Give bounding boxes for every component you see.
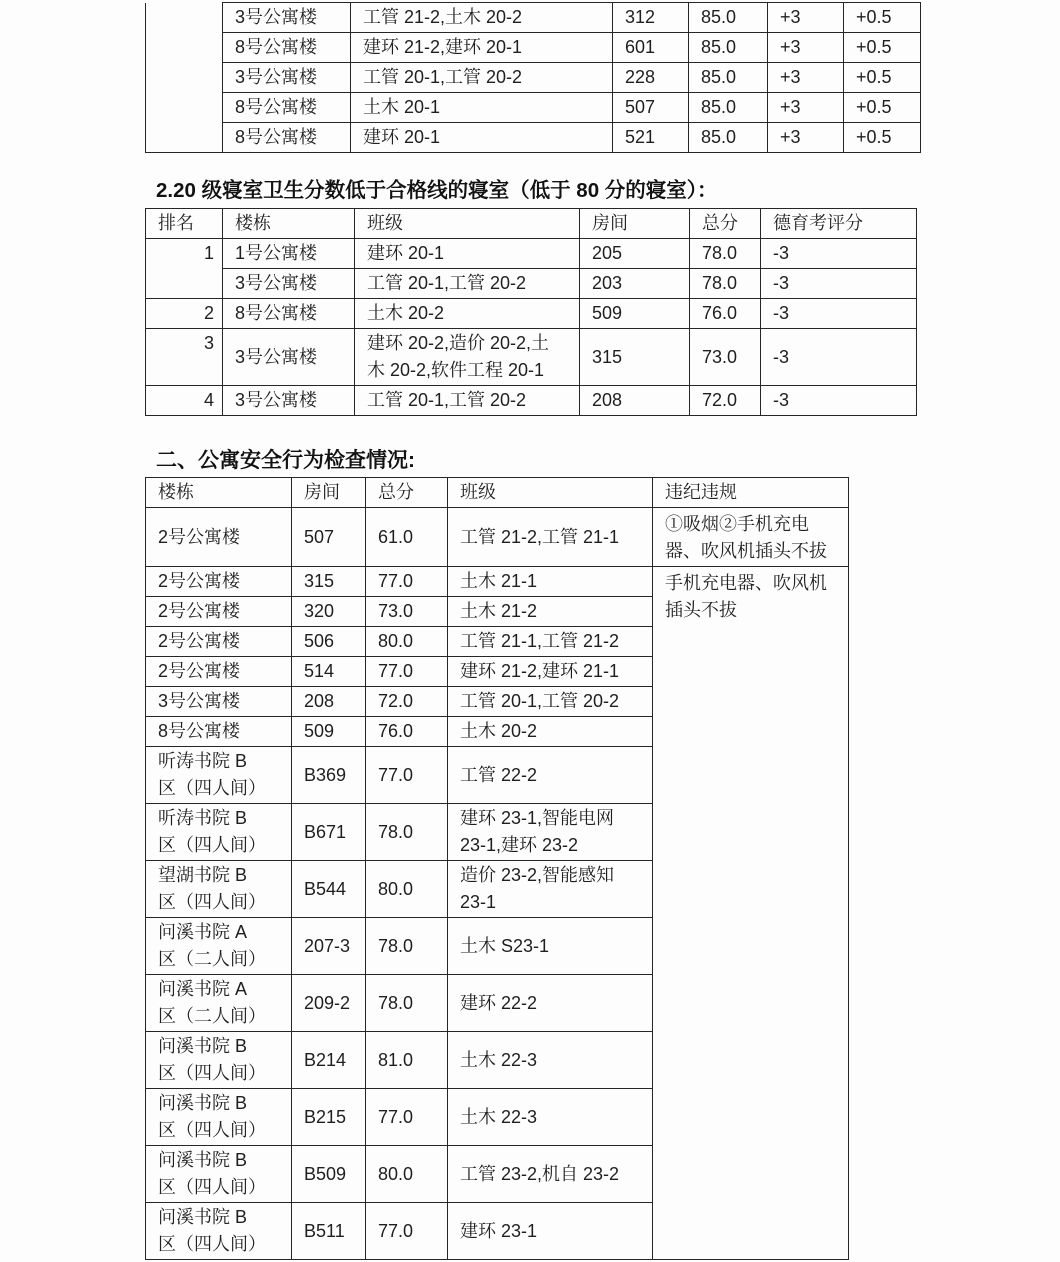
- table2-row: 33号公寓楼建环 20-2,造价 20-2,土 木 20-2,软件工程 20-1…: [146, 329, 917, 386]
- cell-building: 3号公寓楼: [223, 329, 355, 386]
- table1-row: 3号公寓楼工管 21-2,土木 20-231285.0+3+0.5: [146, 3, 921, 33]
- safety-inspection-table: 楼栋 房间 总分 班级 违纪违规 2号公寓楼50761.0工管 21-2,工管 …: [145, 477, 849, 1260]
- cell-building: 问溪书院 B 区（四人间）: [146, 1203, 292, 1260]
- cell-room: 506: [292, 627, 366, 657]
- cell-building: 3号公寓楼: [146, 687, 292, 717]
- cell-deyu: -3: [761, 239, 917, 269]
- cell-building: 1号公寓楼: [223, 239, 355, 269]
- cell-building: 2号公寓楼: [146, 597, 292, 627]
- cell-classes: 工管 23-2,机自 23-2: [448, 1146, 653, 1203]
- cell-classes: 土木 22-3: [448, 1032, 653, 1089]
- cell-classes: 工管 20-1,工管 20-2: [355, 386, 580, 416]
- cell-score: 78.0: [366, 804, 448, 861]
- cell-room: B369: [292, 747, 366, 804]
- cell-score: 76.0: [366, 717, 448, 747]
- cell-room: 509: [292, 717, 366, 747]
- cell-score: 77.0: [366, 1089, 448, 1146]
- cell-room: 208: [292, 687, 366, 717]
- cell-score: 77.0: [366, 747, 448, 804]
- cell-room: 521: [613, 123, 689, 153]
- cell-building: 问溪书院 B 区（四人间）: [146, 1032, 292, 1089]
- table1-row: 8号公寓楼土木 20-150785.0+3+0.5: [146, 93, 921, 123]
- cell-room: 205: [580, 239, 690, 269]
- cell-room: B511: [292, 1203, 366, 1260]
- cell-score: 77.0: [366, 657, 448, 687]
- cell-deyu: +3: [768, 33, 844, 63]
- cell-deyu: +3: [768, 93, 844, 123]
- hygiene-bonus-table: 3号公寓楼工管 21-2,土木 20-231285.0+3+0.58号公寓楼建环…: [145, 2, 921, 153]
- header-classes: 班级: [355, 209, 580, 239]
- cell-score: 72.0: [366, 687, 448, 717]
- cell-classes: 土木 20-2: [355, 299, 580, 329]
- cell-classes: 建环 23-1: [448, 1203, 653, 1260]
- cell-room: 208: [580, 386, 690, 416]
- cell-score: 81.0: [366, 1032, 448, 1089]
- cell-deyu: +3: [768, 123, 844, 153]
- cell-score: 77.0: [366, 567, 448, 597]
- table1-row: 8号公寓楼建环 20-152185.0+3+0.5: [146, 123, 921, 153]
- cell-room: B215: [292, 1089, 366, 1146]
- cell-room: 509: [580, 299, 690, 329]
- cell-building: 望湖书院 B 区（四人间）: [146, 861, 292, 918]
- cell-room: 507: [292, 508, 366, 567]
- cell-rank: [146, 3, 223, 153]
- header-room: 房间: [292, 478, 366, 508]
- cell-building: 听涛书院 B 区（四人间）: [146, 804, 292, 861]
- cell-bonus: +0.5: [844, 123, 921, 153]
- cell-building: 2号公寓楼: [146, 508, 292, 567]
- cell-classes: 工管 20-1,工管 20-2: [448, 687, 653, 717]
- cell-building: 问溪书院 A 区（二人间）: [146, 975, 292, 1032]
- cell-classes: 土木 21-2: [448, 597, 653, 627]
- cell-room: 209-2: [292, 975, 366, 1032]
- cell-room: 315: [580, 329, 690, 386]
- cell-classes: 土木 20-2: [448, 717, 653, 747]
- cell-classes: 工管 21-2,工管 21-1: [448, 508, 653, 567]
- cell-classes: 建环 20-1: [355, 239, 580, 269]
- cell-building: 3号公寓楼: [223, 3, 351, 33]
- table1-row: 8号公寓楼建环 21-2,建环 20-160185.0+3+0.5: [146, 33, 921, 63]
- cell-building: 8号公寓楼: [223, 299, 355, 329]
- cell-deyu: +3: [768, 3, 844, 33]
- cell-classes: 建环 23-1,智能电网 23-1,建环 23-2: [448, 804, 653, 861]
- cell-room: 507: [613, 93, 689, 123]
- cell-classes: 工管 21-2,土木 20-2: [351, 3, 613, 33]
- cell-deyu: -3: [761, 329, 917, 386]
- cell-score: 85.0: [689, 93, 768, 123]
- header-room: 房间: [580, 209, 690, 239]
- cell-building: 问溪书院 B 区（四人间）: [146, 1089, 292, 1146]
- cell-room: 203: [580, 269, 690, 299]
- cell-classes: 工管 20-1,工管 20-2: [355, 269, 580, 299]
- cell-bonus: +0.5: [844, 93, 921, 123]
- cell-classes: 工管 22-2: [448, 747, 653, 804]
- cell-score: 85.0: [689, 33, 768, 63]
- cell-classes: 工管 20-1,工管 20-2: [351, 63, 613, 93]
- cell-room: B671: [292, 804, 366, 861]
- cell-score: 73.0: [366, 597, 448, 627]
- table1-row: 3号公寓楼工管 20-1,工管 20-222885.0+3+0.5: [146, 63, 921, 93]
- table2-row: 11号公寓楼建环 20-120578.0-3: [146, 239, 917, 269]
- section-heading-below-passline: 2.20 级寝室卫生分数低于合格线的寝室（低于 80 分的寝室）：: [156, 178, 718, 204]
- cell-classes: 建环 20-1: [351, 123, 613, 153]
- header-building: 楼栋: [223, 209, 355, 239]
- cell-classes: 土木 22-3: [448, 1089, 653, 1146]
- cell-score: 80.0: [366, 627, 448, 657]
- cell-classes: 建环 20-2,造价 20-2,土 木 20-2,软件工程 20-1: [355, 329, 580, 386]
- cell-bonus: +0.5: [844, 3, 921, 33]
- cell-classes: 土木 21-1: [448, 567, 653, 597]
- cell-bonus: +0.5: [844, 33, 921, 63]
- table2-row: 28号公寓楼土木 20-250976.0-3: [146, 299, 917, 329]
- cell-classes: 建环 21-2,建环 20-1: [351, 33, 613, 63]
- cell-room: 228: [613, 63, 689, 93]
- cell-building: 2号公寓楼: [146, 567, 292, 597]
- table2-row: 3号公寓楼工管 20-1,工管 20-220378.0-3: [146, 269, 917, 299]
- below-passline-table: 排名 楼栋 班级 房间 总分 德育考评分 11号公寓楼建环 20-120578.…: [145, 208, 917, 416]
- header-deyu: 德育考评分: [761, 209, 917, 239]
- cell-building: 听涛书院 B 区（四人间）: [146, 747, 292, 804]
- cell-room: 601: [613, 33, 689, 63]
- section-heading-safety-inspection: 二、公寓安全行为检查情况:: [156, 448, 415, 474]
- cell-score: 78.0: [690, 239, 761, 269]
- cell-building: 3号公寓楼: [223, 269, 355, 299]
- cell-classes: 工管 21-1,工管 21-2: [448, 627, 653, 657]
- cell-score: 72.0: [690, 386, 761, 416]
- cell-rank: 2: [146, 299, 223, 329]
- cell-deyu: -3: [761, 299, 917, 329]
- table3-row: 2号公寓楼50761.0工管 21-2,工管 21-1①吸烟②手机充电 器、吹风…: [146, 508, 849, 567]
- cell-score: 85.0: [689, 3, 768, 33]
- table3-row: 2号公寓楼31577.0土木 21-1手机充电器、吹风机 插头不拔: [146, 567, 849, 597]
- cell-building: 8号公寓楼: [223, 33, 351, 63]
- cell-classes: 土木 S23-1: [448, 918, 653, 975]
- cell-deyu: +3: [768, 63, 844, 93]
- header-classes: 班级: [448, 478, 653, 508]
- cell-deyu: -3: [761, 269, 917, 299]
- cell-rank: 4: [146, 386, 223, 416]
- cell-room: 514: [292, 657, 366, 687]
- cell-score: 78.0: [366, 918, 448, 975]
- cell-rank: 3: [146, 329, 223, 386]
- cell-building: 3号公寓楼: [223, 386, 355, 416]
- cell-rank: 1: [146, 239, 223, 299]
- cell-building: 8号公寓楼: [146, 717, 292, 747]
- cell-room: 312: [613, 3, 689, 33]
- header-score: 总分: [690, 209, 761, 239]
- cell-score: 85.0: [689, 123, 768, 153]
- header-violation: 违纪违规: [653, 478, 849, 508]
- cell-score: 73.0: [690, 329, 761, 386]
- header-score: 总分: [366, 478, 448, 508]
- cell-classes: 建环 22-2: [448, 975, 653, 1032]
- cell-score: 85.0: [689, 63, 768, 93]
- cell-score: 80.0: [366, 1146, 448, 1203]
- cell-classes: 土木 20-1: [351, 93, 613, 123]
- cell-room: B544: [292, 861, 366, 918]
- cell-classes: 建环 21-2,建环 21-1: [448, 657, 653, 687]
- cell-score: 76.0: [690, 299, 761, 329]
- cell-room: B509: [292, 1146, 366, 1203]
- cell-classes: 造价 23-2,智能感知 23-1: [448, 861, 653, 918]
- cell-building: 8号公寓楼: [223, 123, 351, 153]
- header-building: 楼栋: [146, 478, 292, 508]
- cell-building: 2号公寓楼: [146, 627, 292, 657]
- cell-score: 80.0: [366, 861, 448, 918]
- cell-building: 8号公寓楼: [223, 93, 351, 123]
- cell-building: 问溪书院 B 区（四人间）: [146, 1146, 292, 1203]
- cell-room: B214: [292, 1032, 366, 1089]
- cell-score: 61.0: [366, 508, 448, 567]
- cell-room: 315: [292, 567, 366, 597]
- cell-building: 问溪书院 A 区（二人间）: [146, 918, 292, 975]
- cell-building: 2号公寓楼: [146, 657, 292, 687]
- header-rank: 排名: [146, 209, 223, 239]
- cell-building: 3号公寓楼: [223, 63, 351, 93]
- table-header-row: 楼栋 房间 总分 班级 违纪违规: [146, 478, 849, 508]
- cell-deyu: -3: [761, 386, 917, 416]
- document-page: 3号公寓楼工管 21-2,土木 20-231285.0+3+0.58号公寓楼建环…: [0, 0, 1060, 1262]
- table-header-row: 排名 楼栋 班级 房间 总分 德育考评分: [146, 209, 917, 239]
- cell-room: 207-3: [292, 918, 366, 975]
- table2-row: 43号公寓楼工管 20-1,工管 20-220872.0-3: [146, 386, 917, 416]
- cell-violation: ①吸烟②手机充电 器、吹风机插头不拔: [653, 508, 849, 567]
- cell-score: 78.0: [366, 975, 448, 1032]
- cell-score: 77.0: [366, 1203, 448, 1260]
- cell-score: 78.0: [690, 269, 761, 299]
- cell-bonus: +0.5: [844, 63, 921, 93]
- cell-violation: 手机充电器、吹风机 插头不拔: [653, 567, 849, 1260]
- cell-room: 320: [292, 597, 366, 627]
